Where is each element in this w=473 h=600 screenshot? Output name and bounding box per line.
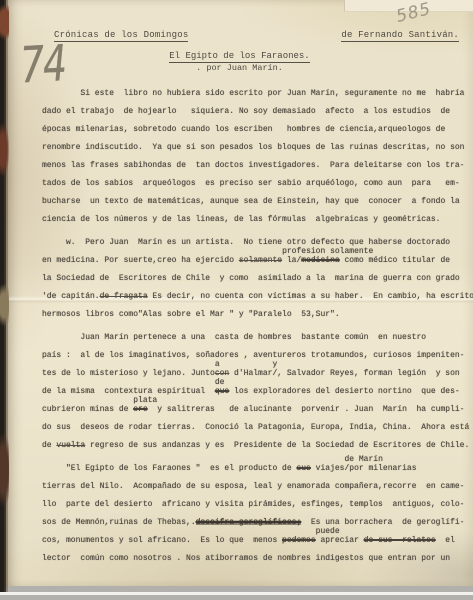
text-line: llo parte del desierto africano y visita…	[42, 496, 472, 514]
typed-text: menos las frases sabihondas de tan docto…	[42, 161, 464, 170]
struck-text: solamente	[239, 256, 282, 265]
text-line: la Sociedad de Escritores de Chile y com…	[42, 270, 472, 288]
typed-text: w. Pero Juan Marín es un artista. No tie…	[42, 238, 450, 247]
scanner-bottom-band	[0, 586, 473, 600]
typed-text: como médico titular de	[340, 256, 450, 265]
struck-text: con	[215, 369, 229, 378]
text-line: hermosos libros como"Alas sobre el Mar "…	[42, 306, 472, 324]
scan-dark-left-edge	[0, 0, 9, 592]
typed-text: en medicina. Por suerte,creo ha ejercido	[42, 256, 239, 265]
author-credit: de Fernando Santiván.	[341, 30, 459, 42]
text-line: sos de Memnón,ruinas de Thebas,.descifra…	[42, 514, 472, 532]
interlinear-insertion: profesion solamente	[282, 247, 373, 256]
typed-text: regreso de sus andanzas y es Presidente …	[85, 441, 469, 450]
struck-text: de sus relatos	[364, 536, 436, 545]
typed-text: llo parte del desierto africano y visita…	[42, 500, 464, 509]
title-block: El Egipto de los Faraones. . por Juan Ma…	[6, 51, 473, 73]
typed-text: Salvador Reyes, forman legión y son	[282, 369, 460, 378]
interlinear-insertion: puede	[316, 527, 340, 536]
typed-text: "El Egipto de los Faraones " es el produ…	[42, 464, 296, 473]
struck-text: sus	[296, 464, 310, 473]
text-line: cos, monumentos y sol africano. Es lo qu…	[42, 532, 472, 550]
text-line: Si este libro no hubiera sido escrito po…	[42, 85, 472, 103]
text-line: dado el trabajo de hojearlo siquiera. No…	[42, 103, 472, 121]
text-line: épocas milenarias, sobretodo cuando los …	[42, 121, 472, 139]
typed-text: los exploradores del desierto nortino qu…	[229, 387, 459, 396]
typed-text: de	[42, 441, 56, 450]
struck-text: medicina	[301, 256, 339, 265]
typed-text: por milenarias	[349, 464, 416, 473]
text-line: de vuelta regreso de sus andanzas y es P…	[42, 437, 472, 455]
scanned-document-page: 585 74 Crónicas de los Domingos de Ferna…	[0, 0, 473, 600]
typed-text: tierras del Nilo. Acompañado de su espos…	[42, 482, 464, 491]
typed-text: tes de lo misterioso y lejano. Junto	[42, 369, 215, 378]
typed-text: apreciar	[316, 536, 364, 545]
text-line: do sus deseos de rodar tierras. Conoció …	[42, 419, 472, 437]
struck-text: descifra geroglíficos;	[196, 518, 302, 527]
typed-text: do sus deseos de rodar tierras. Conoció …	[42, 423, 469, 432]
scanner-bottom-line	[0, 592, 473, 595]
struck-text: podemos	[282, 536, 316, 545]
interlinear-insertion: plata	[133, 396, 157, 405]
typed-text: hermosos libros como"Alas sobre el Mar "…	[42, 310, 340, 319]
struck-text: oro	[133, 405, 147, 414]
struck-text: de fragata	[100, 292, 148, 301]
typed-text: renombre indiscutido. Ya que si son pesa…	[42, 143, 464, 152]
typed-text: /	[344, 464, 349, 473]
typed-text: Es decir, no cuenta con víctimas a su ha…	[148, 292, 473, 301]
paper-sheet: 585 74 Crónicas de los Domingos de Ferna…	[6, 0, 473, 587]
typed-text: cubrieron minas de	[42, 405, 133, 414]
typed-text: el	[436, 536, 455, 545]
typed-text: Es una borrachera de geroglífi-	[301, 518, 464, 527]
text-line: tierras del Nilo. Acompañado de su espos…	[42, 478, 472, 496]
typed-text: viajes	[311, 464, 345, 473]
text-line: cubrieron minas de plataoro y salitreras…	[42, 401, 472, 419]
text-line: de la misma contextura espiritual deque …	[42, 383, 472, 401]
struck-text: vuelta	[56, 441, 85, 450]
article-title: El Egipto de los Faraones.	[169, 51, 309, 63]
typed-text	[282, 256, 287, 265]
typed-text: bucharse un texto de matemáticas, aunque…	[42, 197, 460, 206]
typed-text: 'de capitán.	[42, 292, 100, 301]
typed-text: de la misma contextura espiritual	[42, 387, 215, 396]
body-text: Si este libro no hubiera sido escrito po…	[42, 80, 472, 568]
text-line: tes de lo misterioso y lejano. Juntoacon…	[42, 365, 472, 383]
typed-text: y salitreras de alucinante porvenir . Ju…	[148, 405, 465, 414]
typed-text: la/	[287, 256, 301, 265]
typed-text: país : al de los imaginativos, soñadores…	[42, 351, 464, 360]
series-title: Crónicas de los Domingos	[54, 30, 188, 42]
interlinear-insertion: y	[272, 360, 277, 369]
typed-text: /,	[272, 369, 282, 378]
typed-text: Juan Marín pertenece a una casta de homb…	[42, 333, 426, 342]
text-line: menos las frases sabihondas de tan docto…	[42, 157, 472, 175]
text-line: Juan Marín pertenece a una casta de homb…	[42, 329, 472, 347]
interlinear-insertion: de Marín	[344, 455, 382, 464]
text-line: ciencia de los números y de las lineas, …	[42, 211, 472, 229]
text-line: tados de los sabios arqueólogos es preci…	[42, 175, 472, 193]
text-line: 'de capitán.de fragata Es decir, no cuen…	[42, 288, 472, 306]
typed-text: sos de Memnón,ruinas de Thebas,.	[42, 518, 196, 527]
typed-text: ciencia de los números y de las lineas, …	[42, 215, 440, 224]
typed-text: épocas milenarias, sobretodo cuando los …	[42, 125, 445, 134]
typed-text: d'Halmar	[229, 369, 272, 378]
text-line: bucharse un texto de matemáticas, aunque…	[42, 193, 472, 211]
text-line: país : al de los imaginativos, soñadores…	[42, 347, 472, 365]
text-line: "El Egipto de los Faraones " es el produ…	[42, 460, 472, 478]
typed-text: lector común como nosotros . Nos atiborr…	[42, 554, 450, 563]
typed-text: dado el trabajo de hojearlo siquiera. No…	[42, 107, 450, 116]
interlinear-insertion: de	[215, 378, 225, 387]
text-line: w. Pero Juan Marín es un artista. No tie…	[42, 234, 472, 252]
typed-text: la Sociedad de Escritores de Chile y com…	[42, 274, 460, 283]
interlinear-insertion: a	[215, 360, 220, 369]
typed-text: tados de los sabios arqueólogos es preci…	[42, 179, 460, 188]
typed-text: cos, monumentos y sol africano. Es lo qu…	[42, 536, 282, 545]
byline: . por Juan Marín.	[6, 63, 473, 73]
text-line: renombre indiscutido. Ya que si son pesa…	[42, 139, 472, 157]
text-line: en medicina. Por suerte,creo ha ejercido…	[42, 252, 472, 270]
typed-text: Si este libro no hubiera sido escrito po…	[42, 89, 464, 98]
text-line: lector común como nosotros . Nos atiborr…	[42, 550, 472, 568]
struck-text: que	[215, 387, 229, 396]
header-row: Crónicas de los Domingos de Fernando San…	[36, 30, 463, 42]
